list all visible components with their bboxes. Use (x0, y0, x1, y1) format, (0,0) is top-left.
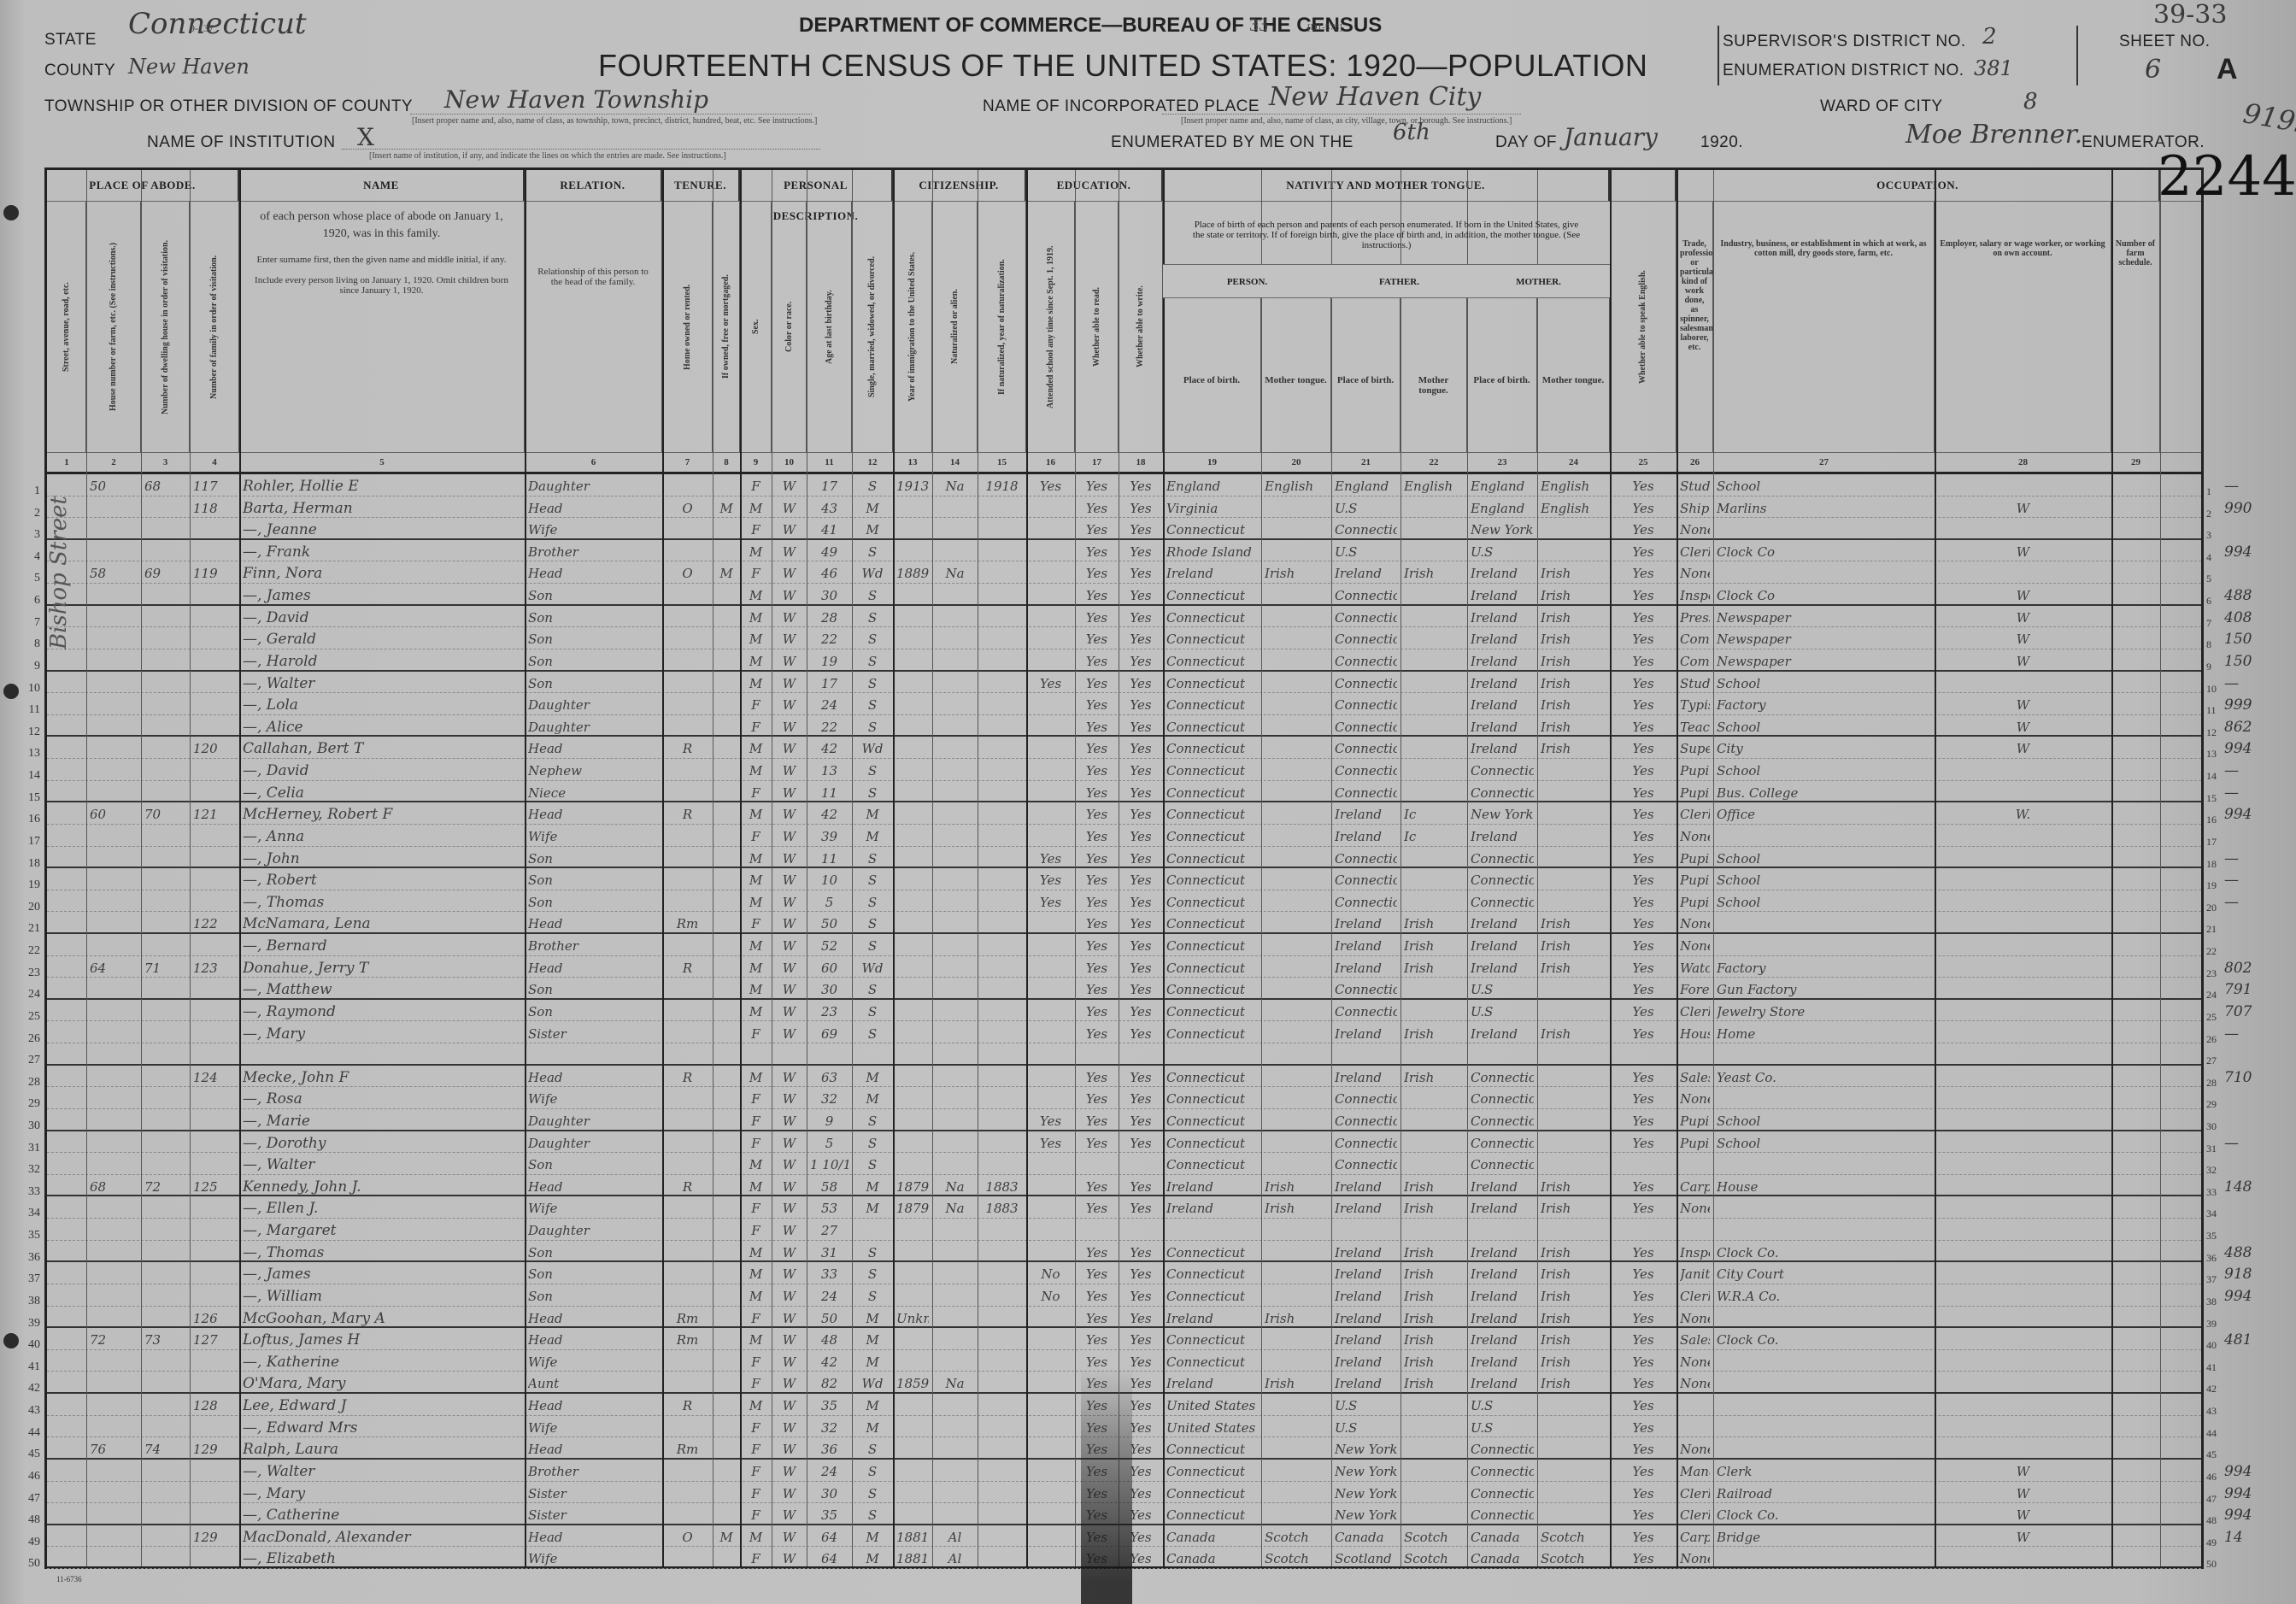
cell-family (193, 847, 236, 867)
cell-sex: F (743, 474, 768, 496)
cell-house (90, 1503, 138, 1524)
cell-dwelling (144, 715, 186, 736)
cell-trade: None (1680, 561, 1710, 583)
column-header: Home owned or rented. (662, 202, 713, 452)
cell-family (193, 890, 236, 912)
cell-mort (716, 1437, 737, 1458)
cell-emp (1938, 1437, 2108, 1458)
cell-read: Yes (1078, 627, 1115, 649)
cell-write: Yes (1122, 912, 1160, 932)
cell-pob: Connecticut (1166, 1437, 1258, 1458)
cell-read: Yes (1078, 561, 1115, 583)
cell-mtongue (1541, 1087, 1606, 1108)
cell-pob: Ireland (1166, 1175, 1258, 1196)
column-number: 21 (1331, 453, 1401, 472)
cell-relation: Son (528, 627, 659, 649)
cell-dwelling (144, 1087, 186, 1108)
column-divider (1331, 170, 1332, 1566)
cell-house (90, 1307, 138, 1327)
cell-own (666, 540, 709, 561)
cell-school (1030, 584, 1072, 604)
column-label: Trade, profession, or particular kind of… (1676, 202, 1712, 352)
cell-dwelling (144, 496, 186, 518)
cell-mort (716, 1350, 737, 1372)
cell-nat (936, 868, 974, 890)
cell-own (666, 1372, 709, 1392)
cell-race: W (775, 1547, 803, 1568)
cell-family (193, 518, 236, 538)
cell-nat (936, 693, 974, 714)
cell-mort: M (716, 561, 737, 583)
cell-sex: F (743, 1196, 768, 1218)
cell-own (666, 1000, 709, 1021)
cell-mort (716, 627, 737, 649)
cell-industry: Bridge (1717, 1525, 1931, 1547)
cell-sex: M (743, 584, 768, 604)
cell-relation: Daughter (528, 1131, 659, 1153)
cell-relation: Daughter (528, 715, 659, 736)
cell-house (90, 847, 138, 867)
cell-immig (896, 802, 929, 824)
cell-relation: Son (528, 1262, 659, 1284)
cell-trade: None (1680, 1350, 1710, 1372)
cell-dwelling: 69 (144, 561, 186, 583)
cell-tongue (1265, 1460, 1328, 1481)
cell-tongue (1265, 649, 1328, 670)
cell-race: W (775, 1525, 803, 1547)
cell-emp (1938, 1000, 2108, 1021)
enumeration-value: 381 (1974, 56, 2013, 80)
cell-race: W (775, 912, 803, 932)
cell-industry (1717, 1547, 1931, 1568)
enumerated-day: 6th (1393, 120, 1430, 145)
cell-immig (896, 1109, 929, 1130)
cell-ftongue (1404, 1219, 1464, 1240)
cell-english: Yes (1613, 847, 1673, 867)
cell-name: —, John (243, 847, 521, 867)
cell-natyr (981, 912, 1023, 932)
cell-mpob: Connecticut (1471, 1503, 1534, 1524)
cell-nat (936, 1066, 974, 1087)
nativity-subgroup: MOTHER. (1467, 264, 1610, 298)
township-value: New Haven Township (444, 85, 708, 114)
cell-sex: F (743, 1372, 768, 1392)
cell-name: —, Margaret (243, 1219, 521, 1240)
cell-house (90, 649, 138, 670)
cell-name: —, Thomas (243, 890, 521, 912)
cell-english: Yes (1613, 1328, 1673, 1349)
cell-mort (716, 1394, 737, 1415)
cell-mort (716, 868, 737, 890)
cell-read: Yes (1078, 715, 1115, 736)
institution-label: NAME OF INSTITUTION (147, 133, 336, 152)
cell-tongue (1265, 584, 1328, 604)
cell-marital: M (855, 1328, 890, 1349)
cell-mtongue: Irish (1541, 1350, 1606, 1372)
cell-write: Yes (1122, 934, 1160, 955)
column-divider (1075, 170, 1076, 1566)
cell-race: W (775, 1350, 803, 1372)
column-label: Place of birth. (1331, 298, 1400, 385)
cell-mpob (1471, 1219, 1534, 1240)
cell-read: Yes (1078, 890, 1115, 912)
cell-house (90, 715, 138, 736)
cell-english: Yes (1613, 825, 1673, 846)
cell-fpob: Ireland (1335, 561, 1397, 583)
cell-name: —, Raymond (243, 1000, 521, 1021)
cell-write (1122, 1219, 1160, 1240)
cell-tongue (1265, 715, 1328, 736)
cell-immig (896, 1131, 929, 1153)
cell-read: Yes (1078, 649, 1115, 670)
cell-relation: Brother (528, 540, 659, 561)
cell-tongue (1265, 912, 1328, 932)
cell-read: Yes (1078, 912, 1115, 932)
cell-house (90, 1394, 138, 1415)
cell-name: —, Katherine (243, 1350, 521, 1372)
cell-school (1030, 1153, 1072, 1174)
cell-own (666, 1219, 709, 1240)
cell-age: 41 (810, 518, 849, 538)
cell-fpob: U.S (1335, 1394, 1397, 1415)
cell-pob: Connecticut (1166, 1087, 1258, 1108)
column-number: 7 (662, 453, 713, 472)
cell-fpob: Connecticut (1335, 715, 1397, 736)
cell-immig: 1879 (896, 1175, 929, 1196)
cell-tongue (1265, 781, 1328, 802)
incorporated-hint: [Insert proper name and, also, name of c… (1181, 116, 1512, 126)
cell-tongue (1265, 672, 1328, 693)
cell-mtongue: Irish (1541, 606, 1606, 627)
cell-english: Yes (1613, 715, 1673, 736)
cell-own: O (666, 496, 709, 518)
cell-english: Yes (1613, 1460, 1673, 1481)
cell-emp: W (1938, 606, 2108, 627)
cell-immig (896, 781, 929, 802)
cell-tongue (1265, 1153, 1328, 1174)
cell-marital: Wd (855, 561, 890, 583)
cell-marital: S (855, 1131, 890, 1153)
cell-emp (1938, 1087, 2108, 1108)
cell-industry (1717, 934, 1931, 955)
cell-marital: S (855, 1284, 890, 1306)
cell-natyr (981, 737, 1023, 758)
cell-house (90, 672, 138, 693)
cell-family: 127 (193, 1328, 236, 1349)
column-divider (807, 170, 807, 1566)
column-divider (1467, 170, 1468, 1566)
cell-english: Yes (1613, 649, 1673, 670)
cell-ftongue: Irish (1404, 934, 1464, 955)
cell-name: —, James (243, 1262, 521, 1284)
sheet-side: A (2217, 53, 2238, 86)
cell-industry (1717, 1153, 1931, 1174)
cell-name: O'Mara, Mary (243, 1372, 521, 1392)
cell-school (1030, 759, 1072, 780)
cell-emp (1938, 1196, 2108, 1218)
cell-tongue (1265, 825, 1328, 846)
cell-sex: M (743, 847, 768, 867)
cell-race: W (775, 1175, 803, 1196)
cell-industry: City Court (1717, 1262, 1931, 1284)
column-number: 23 (1467, 453, 1537, 472)
cell-name: Finn, Nora (243, 561, 521, 583)
cell-mtongue: Irish (1541, 715, 1606, 736)
cell-race: W (775, 1066, 803, 1087)
column-number: 16 (1026, 453, 1075, 472)
cell-natyr (981, 1394, 1023, 1415)
cell-sex: F (743, 693, 768, 714)
column-header: Single, married, widowed, or divorced. (852, 202, 893, 452)
column-label: Naturalized or alien. (950, 202, 960, 452)
cell-name: —, Anna (243, 825, 521, 846)
ward-value: 8 (2023, 89, 2038, 115)
cell-sex: F (743, 1503, 768, 1524)
cell-mort (716, 1131, 737, 1153)
column-label: Number of family in order of visitation. (209, 202, 219, 452)
table-row: 36—, ThomasSonMW31SYesYesConnecticutIrel… (47, 1241, 2201, 1263)
cell-ftongue (1404, 847, 1464, 867)
cell-name: —, Matthew (243, 978, 521, 998)
cell-dwelling (144, 649, 186, 670)
cell-marital: S (855, 1241, 890, 1261)
cell-natyr (981, 1503, 1023, 1524)
cell-read: Yes (1078, 1066, 1115, 1087)
cell-nat: Na (936, 1175, 974, 1196)
cell-mtongue (1541, 1043, 1606, 1064)
cell-family (193, 606, 236, 627)
cell-dwelling (144, 934, 186, 955)
cell-mpob: New York (1471, 518, 1534, 538)
cell-natyr (981, 561, 1023, 583)
cell-ftongue (1404, 1153, 1464, 1174)
cell-race: W (775, 561, 803, 583)
sheet-box (2076, 26, 2078, 85)
column-divider (1261, 170, 1262, 1566)
cell-mtongue (1541, 1482, 1606, 1503)
cell-mort (716, 693, 737, 714)
cell-immig (896, 890, 929, 912)
cell-natyr (981, 847, 1023, 867)
cell-mtongue (1541, 1066, 1606, 1087)
cell-nat (936, 802, 974, 824)
cell-emp (1938, 868, 2108, 890)
cell-house (90, 934, 138, 955)
column-header: If owned, free or mortgaged. (713, 202, 740, 452)
cell-dwelling (144, 1153, 186, 1174)
cell-family (193, 715, 236, 736)
cell-pob: Connecticut (1166, 912, 1258, 932)
cell-dwelling (144, 1350, 186, 1372)
cell-mtongue: Irish (1541, 693, 1606, 714)
cell-mtongue: Irish (1541, 912, 1606, 932)
cell-ftongue (1404, 1503, 1464, 1524)
column-label: Industry, business, or establishment in … (1713, 202, 1934, 258)
cell-relation: Daughter (528, 1219, 659, 1240)
cell-read: Yes (1078, 759, 1115, 780)
cell-house: 50 (90, 474, 138, 496)
cell-industry: Clock Co. (1717, 1328, 1931, 1349)
cell-nat: Al (936, 1525, 974, 1547)
cell-name: McHerney, Robert F (243, 802, 521, 824)
cell-name: McNamara, Lena (243, 912, 521, 932)
cell-mort (716, 759, 737, 780)
cell-relation: Son (528, 606, 659, 627)
cell-own: Rm (666, 1437, 709, 1458)
cell-name: —, Mary (243, 1482, 521, 1503)
cell-natyr (981, 1219, 1023, 1240)
cell-read: Yes (1078, 978, 1115, 998)
cell-mpob: Connecticut (1471, 1460, 1534, 1481)
cell-race: W (775, 1153, 803, 1174)
cell-trade: Superintendent (1680, 737, 1710, 758)
column-label: Year of immigration to the United States… (907, 202, 917, 452)
table-row: 22—, BernardBrotherMW52SYesYesConnecticu… (47, 934, 2201, 956)
cell-race: W (775, 584, 803, 604)
cell-dwelling (144, 1131, 186, 1153)
cell-english: Yes (1613, 1131, 1673, 1153)
cell-immig (896, 540, 929, 561)
cell-ftongue (1404, 1087, 1464, 1108)
state-value: Connecticut (128, 7, 307, 41)
cell-own (666, 693, 709, 714)
cell-emp (1938, 1350, 2108, 1372)
cell-industry: School (1717, 890, 1931, 912)
cell-mtongue (1541, 1153, 1606, 1174)
cell-tongue (1265, 1394, 1328, 1415)
cell-trade: Pressman (1680, 606, 1710, 627)
cell-marital: S (855, 584, 890, 604)
cell-relation: Aunt (528, 1372, 659, 1392)
cell-house (90, 1262, 138, 1284)
cell-sex: F (743, 1437, 768, 1458)
cell-dwelling (144, 1109, 186, 1130)
cell-mort (716, 912, 737, 932)
cell-english: Yes (1613, 1372, 1673, 1392)
cell-mtongue (1541, 540, 1606, 561)
cell-pob: Connecticut (1166, 1284, 1258, 1306)
cell-write: Yes (1122, 693, 1160, 714)
cell-family (193, 693, 236, 714)
cell-own: R (666, 737, 709, 758)
cell-nat (936, 672, 974, 693)
cell-family (193, 672, 236, 693)
cell-family (193, 1022, 236, 1043)
cell-ftongue: Irish (1404, 912, 1464, 932)
cell-read: Yes (1078, 693, 1115, 714)
cell-own (666, 627, 709, 649)
cell-immig (896, 693, 929, 714)
cell-relation: Son (528, 1000, 659, 1021)
cell-natyr (981, 1350, 1023, 1372)
enumerator-name: Moe Brenner. (1906, 120, 2082, 150)
cell-family (193, 1503, 236, 1524)
cell-fpob: Connecticut (1335, 1153, 1397, 1174)
cell-fpob: Ireland (1335, 825, 1397, 846)
cell-nat (936, 1482, 974, 1503)
column-header: of each person whose place of abode on J… (239, 202, 525, 452)
cell-marital: M (855, 1175, 890, 1196)
cell-nat (936, 496, 974, 518)
cell-pob: Connecticut (1166, 934, 1258, 955)
agency-title: DEPARTMENT OF COMMERCE—BUREAU OF THE CEN… (799, 14, 1382, 38)
cell-sex (743, 1043, 768, 1064)
cell-write: Yes (1122, 518, 1160, 538)
cell-mtongue: Irish (1541, 561, 1606, 583)
cell-pob: United States (1166, 1394, 1258, 1415)
cell-own (666, 825, 709, 846)
cell-natyr (981, 1066, 1023, 1087)
cell-tongue (1265, 1066, 1328, 1087)
cell-trade: Shipper (1680, 496, 1710, 518)
cell-industry: School (1717, 715, 1931, 736)
cell-marital: S (855, 912, 890, 932)
ward-label: WARD OF CITY (1820, 97, 1943, 116)
column-label: Mother tongue. (1537, 298, 1609, 385)
cell-industry: Newspaper (1717, 627, 1931, 649)
cell-trade: None (1680, 934, 1710, 955)
cell-natyr (981, 1022, 1023, 1043)
cell-race: W (775, 1437, 803, 1458)
cell-ftongue (1404, 978, 1464, 998)
cell-name: Donahue, Jerry T (243, 956, 521, 978)
cell-mtongue: Irish (1541, 1262, 1606, 1284)
cell-relation: Head (528, 496, 659, 518)
cell-mort (716, 1219, 737, 1240)
cell-english: Yes (1613, 474, 1673, 496)
cell-english: Yes (1613, 1437, 1673, 1458)
cell-name: —, Gerald (243, 627, 521, 649)
cell-family (193, 1131, 236, 1153)
cell-mort (716, 1000, 737, 1021)
cell-mtongue: Irish (1541, 1175, 1606, 1196)
cell-school (1030, 606, 1072, 627)
cell-relation: Wife (528, 1547, 659, 1568)
cell-family (193, 1547, 236, 1568)
cell-dwelling (144, 759, 186, 780)
cell-natyr (981, 518, 1023, 538)
cell-natyr (981, 584, 1023, 604)
cell-name: Barta, Herman (243, 496, 521, 518)
cell-write: Yes (1122, 1241, 1160, 1261)
cell-ftongue (1404, 1437, 1464, 1458)
cell-own: O (666, 561, 709, 583)
table-row: 15068117Rohler, Hollie EDaughterFW17S191… (47, 474, 2201, 496)
cell-tongue (1265, 627, 1328, 649)
cell-fpob: U.S (1335, 496, 1397, 518)
cell-natyr (981, 802, 1023, 824)
cell-write: Yes (1122, 956, 1160, 978)
cell-emp (1938, 1262, 2108, 1284)
cell-emp (1938, 781, 2108, 802)
cell-write: Yes (1122, 474, 1160, 496)
table-row: 7—, DavidSonMW28SYesYesConnecticutConnec… (47, 606, 2201, 628)
cell-nat (936, 1437, 974, 1458)
cell-house (90, 540, 138, 561)
cell-mort (716, 1284, 737, 1306)
cell-emp: W. (1938, 802, 2108, 824)
cell-dwelling (144, 693, 186, 714)
cell-industry (1717, 912, 1931, 932)
cell-write: Yes (1122, 1131, 1160, 1153)
cell-school (1030, 978, 1072, 998)
cell-immig: Unkn (896, 1307, 929, 1327)
cell-age: 24 (810, 693, 849, 714)
cell-industry: School (1717, 1109, 1931, 1130)
cell-write: Yes (1122, 584, 1160, 604)
sheet-label: SHEET NO. (2119, 32, 2211, 51)
cell-relation: Head (528, 1307, 659, 1327)
